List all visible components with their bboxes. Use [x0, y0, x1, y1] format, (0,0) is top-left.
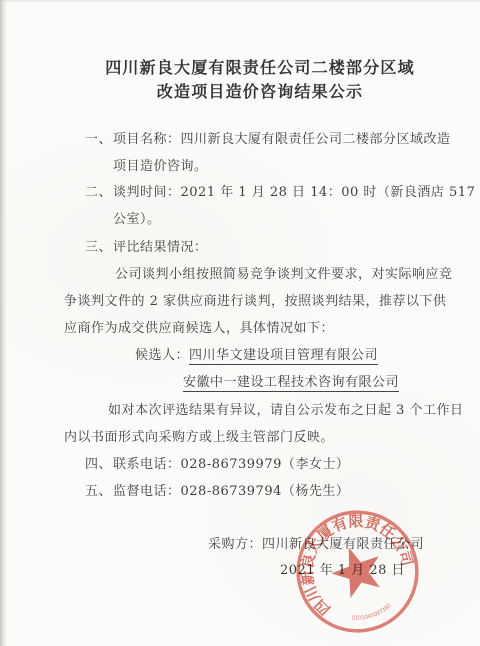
- list-item-5-text: 监督电话：028-86739794（杨先生）: [113, 484, 349, 499]
- list-item-2-continuation: 公室）。: [113, 211, 161, 229]
- paragraph-1-line-2: 争谈判文件的 2 家供应商进行谈判，按照谈判结果，推荐以下供: [64, 293, 447, 311]
- candidate-company-1: 四川华文建设项目管理有限公司: [189, 348, 378, 365]
- list-item-1-text: 项目名称：四川新良大厦有限责任公司二楼部分区域改造: [113, 132, 451, 147]
- list-item-1: 一、项目名称：四川新良大厦有限责任公司二楼部分区域改造: [85, 131, 451, 149]
- list-item-4-number: 四、: [85, 456, 113, 474]
- list-item-2-number: 二、: [85, 184, 113, 202]
- document-title-line2: 改造项目造价咨询结果公示: [42, 79, 478, 102]
- list-item-3-number: 三、: [85, 239, 113, 257]
- list-item-3: 三、评比结果情况：: [85, 239, 208, 257]
- seal-star-icon: [325, 539, 389, 602]
- candidate-company-2: 安徽中一建设工程技术咨询有限公司: [183, 375, 399, 392]
- list-item-4: 四、联系电话：028-86739979（李女士）: [85, 456, 349, 474]
- paragraph-1-line-3: 应商作为成交供应商候选人，具体情况如下：: [64, 320, 334, 338]
- company-seal: 四川新良大厦有限责任公司 5101045097382: [291, 505, 424, 638]
- candidates-line-2: 安徽中一建设工程技术咨询有限公司: [183, 374, 399, 392]
- list-item-3-text: 评比结果情况：: [113, 240, 208, 255]
- list-item-4-text: 联系电话：028-86739979（李女士）: [113, 457, 349, 472]
- paragraph-2-line-2: 内以书面形式向采购方或上级主管部门反映。: [64, 429, 334, 447]
- paragraph-2-line-1: 如对本次评选结果有异议，请自公示发布之日起 3 个工作日: [108, 402, 464, 420]
- paragraph-1-line-1: 公司谈判小组按照简易竞争谈判文件要求，对实际响应竞: [115, 266, 453, 284]
- list-item-1-continuation: 项目造价咨询。: [113, 158, 208, 176]
- list-item-1-number: 一、: [85, 131, 113, 149]
- document-title-line1: 四川新良大厦有限责任公司二楼部分区域: [42, 55, 478, 78]
- list-item-2-text: 谈判时间：2021 年 1 月 28 日 14：00 时（新良酒店 517 办: [113, 185, 480, 200]
- scanned-notice-document: 四川新良大厦有限责任公司二楼部分区域 改造项目造价咨询结果公示 一、项目名称：四…: [0, 0, 480, 646]
- list-item-5-number: 五、: [85, 483, 113, 501]
- list-item-2: 二、谈判时间：2021 年 1 月 28 日 14：00 时（新良酒店 517 …: [85, 184, 480, 202]
- scan-edge-shadow-top: [0, 0, 480, 3]
- candidates-label: 候选人：: [135, 348, 189, 363]
- candidates-line-1: 候选人：四川华文建设项目管理有限公司: [135, 347, 378, 365]
- scan-edge-shadow: [0, 0, 7, 646]
- list-item-5: 五、监督电话：028-86739794（杨先生）: [85, 483, 349, 501]
